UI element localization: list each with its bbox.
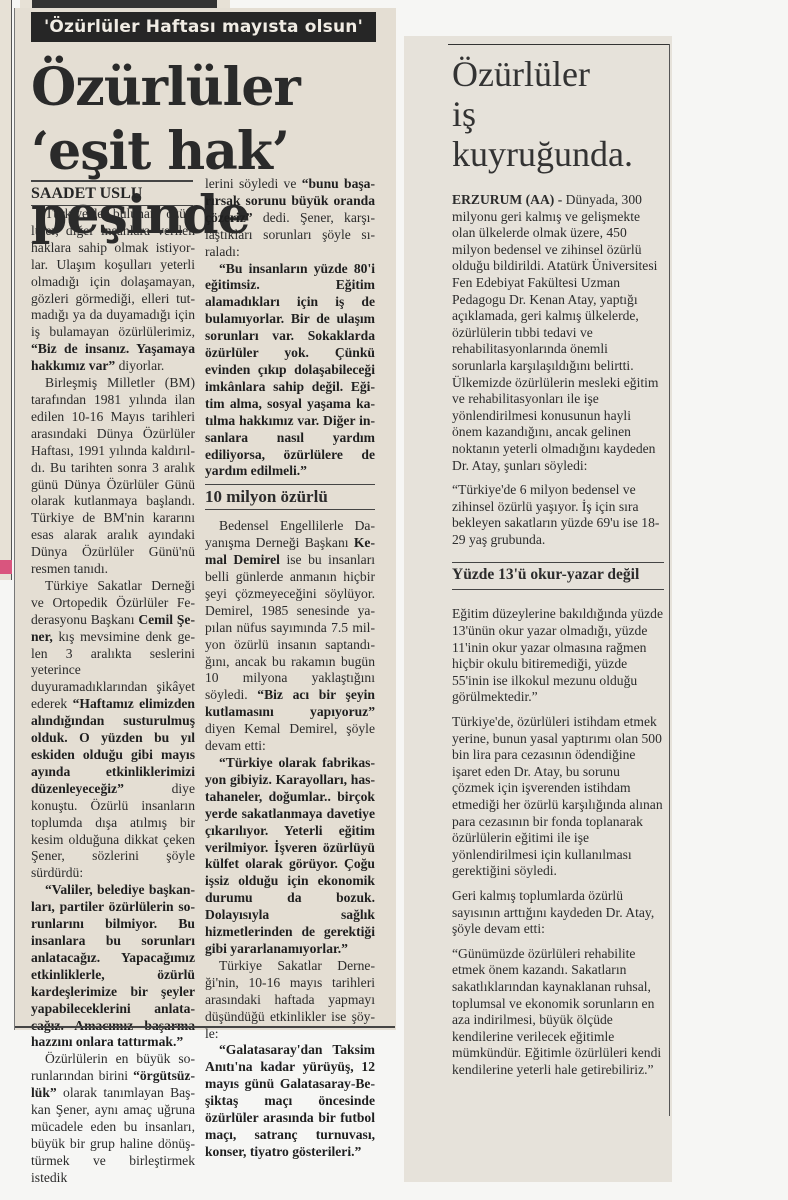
article-column-1: Türkiye'de bulunan özür­lüler, diğer ins… [31,206,195,1187]
fragment-accent-strip [0,560,12,574]
paragraph: Bedensel Engellilerle Da­yanışma Derneği… [205,518,375,755]
dateline: ERZURUM (AA) - [452,192,562,207]
paragraph: “Bu insanların yüzde 80'i eğitimsiz. Eği… [205,261,375,481]
paragraph: Türkiye'de bulunan özür­lüler, diğer ins… [31,206,195,375]
quote-paragraph: “Günümüzde özürlüleri rehabilite etmek ö… [452,946,664,1079]
bottom-rule [15,1026,395,1028]
article-column-2: lerini söyledi ve “bunu başa­rırsak soru… [205,176,375,1161]
paragraph: “Galatasaray'dan Taksim Anıtı'na kadar y… [205,1042,375,1160]
quote-paragraph: “Türkiye'de 6 milyon bedensel ve zihinse… [452,482,664,548]
paragraph: Eğitim düzeylerine bakıldığında yüzde 13… [452,606,664,706]
section-subhead: Yüzde 13'ü okur-yazar değil [452,562,664,590]
paragraph: Geri kalmış toplumlarda özürlü sayısının… [452,888,664,938]
paragraph: “Türkiye olarak fabrikas­yon gibiyiz. Ka… [205,755,375,958]
byline: SAADET USLU [31,180,193,206]
paragraph: Özürlülerin en büyük so­runlarından biri… [31,1051,195,1186]
right-article-clipping: Özürlüler iş kuyruğunda. ERZURUM (AA) - … [404,36,672,1182]
left-article-clipping: 'Özürlüler Haftası mayısta olsun' Özürlü… [14,8,396,1030]
paragraph: Türkiye Sakatlar Derne­ği'nin, 10-16 may… [205,958,375,1043]
article-kicker: 'Özürlüler Haftası mayısta olsun' [31,12,376,42]
top-rule [448,44,670,45]
paragraph: ERZURUM (AA) - Dünyada, 300 milyonu geri… [452,192,664,474]
paragraph: Türkiye'de, özürlüleri istihdam etmek ye… [452,714,664,880]
article-body: ERZURUM (AA) - Dünyada, 300 milyonu geri… [452,192,664,1087]
column-rule [669,44,670,1116]
section-subhead: 10 milyon özürlü [205,484,375,510]
paragraph: Birleşmiş Milletler (BM) tarafından 1981… [31,375,195,578]
neighbouring-clipping-fragment-left [0,0,12,580]
paragraph: Türkiye Sakatlar Derneği ve Ortopedik Öz… [31,578,195,882]
article-headline: Özürlüler iş kuyruğunda. [452,54,662,174]
paragraph: lerini söyledi ve “bunu başa­rırsak soru… [205,176,375,261]
